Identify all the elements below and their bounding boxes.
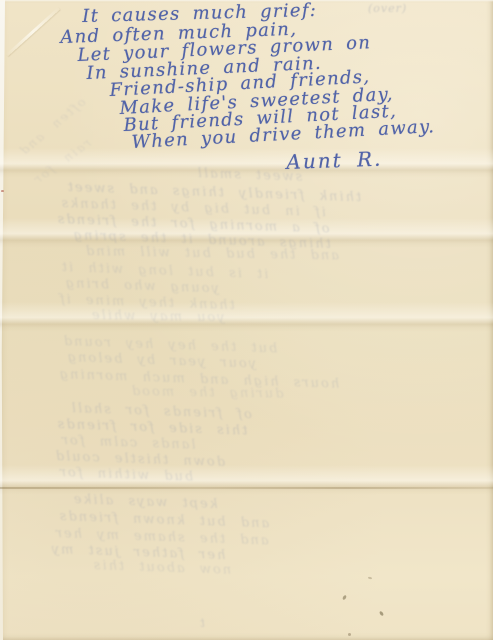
signature: Aunt R. bbox=[286, 147, 383, 174]
paper-speck bbox=[348, 633, 351, 636]
over-note: (over) bbox=[368, 2, 407, 15]
paper-fiber bbox=[1, 190, 4, 192]
letter-scan: often andrain forsweet smallthink friend… bbox=[0, 0, 493, 640]
poem: It causes much grief: And often much pai… bbox=[0, 0, 493, 640]
